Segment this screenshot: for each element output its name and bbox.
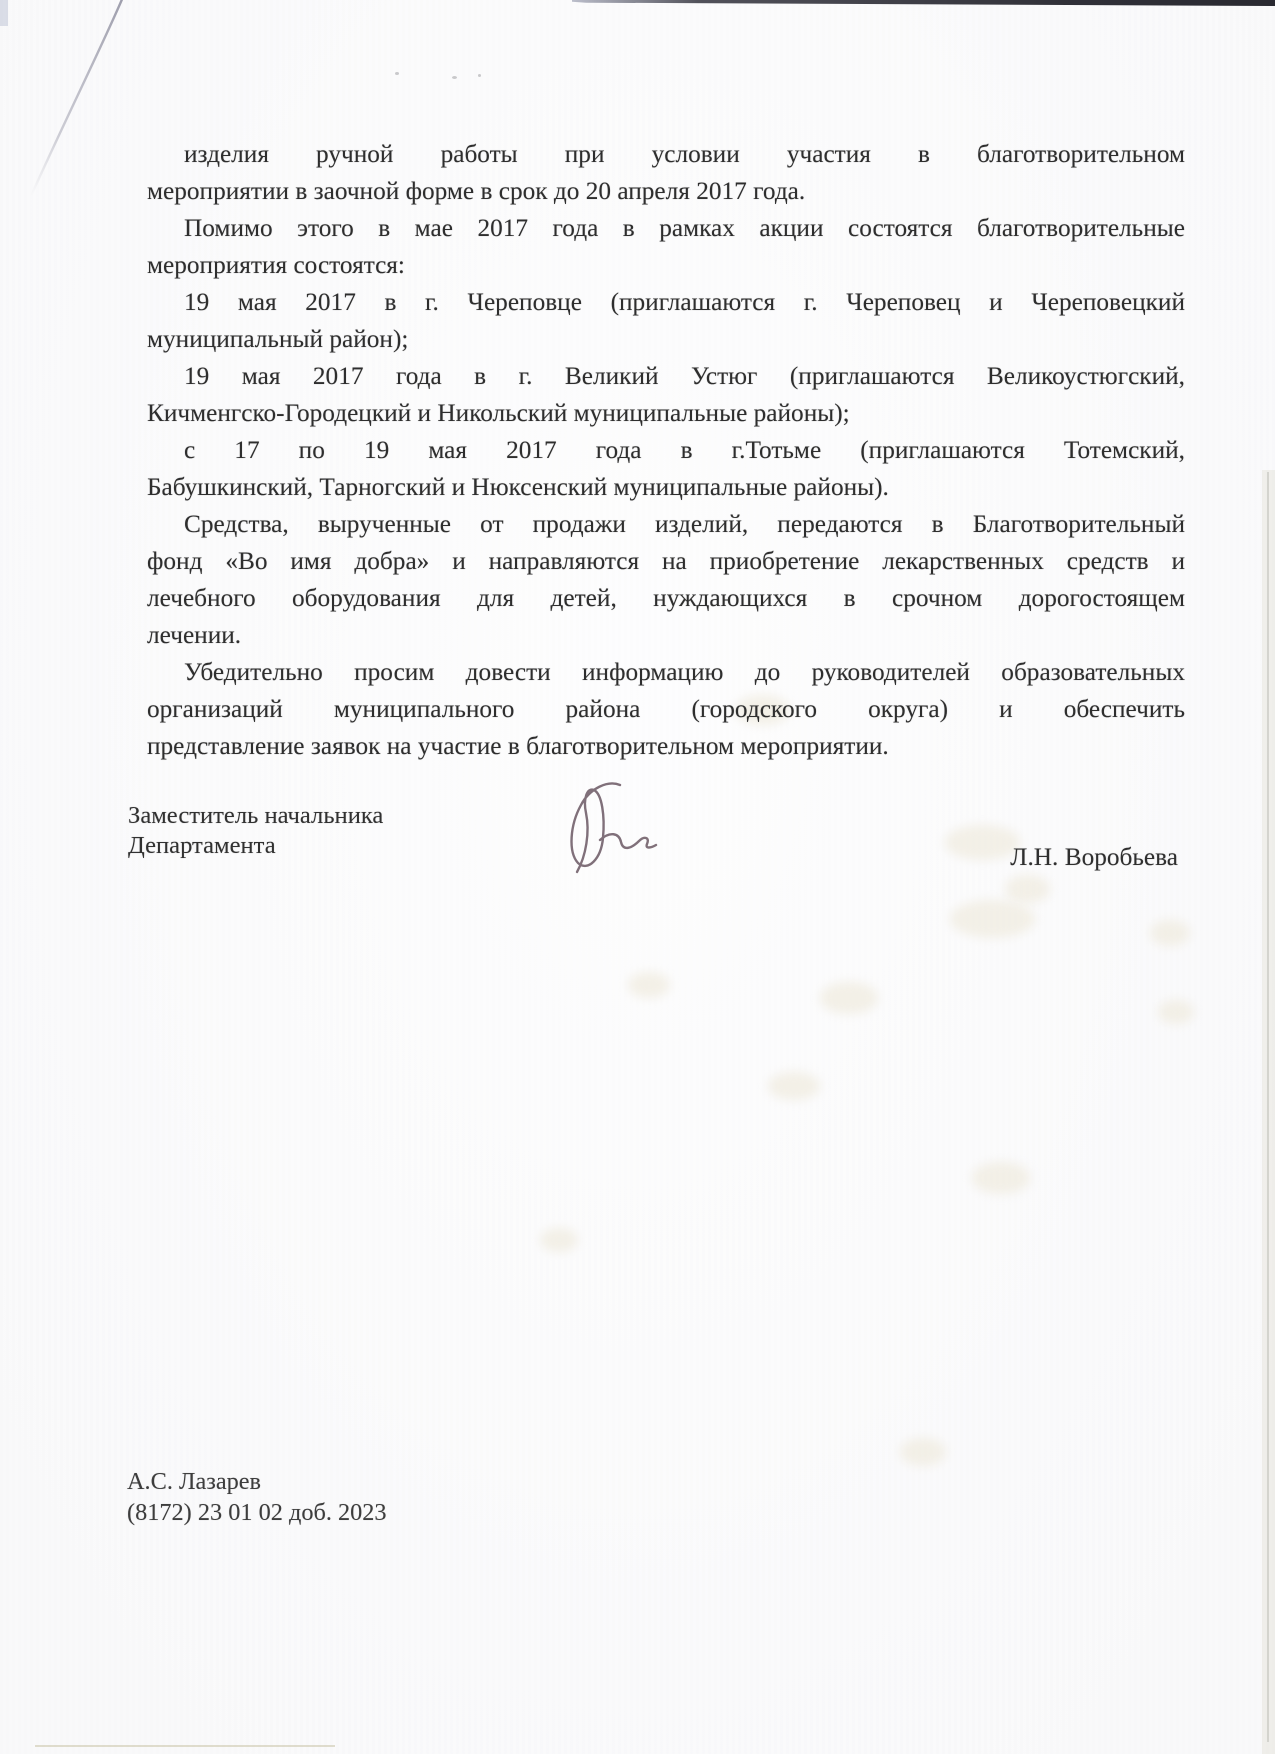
bleed-through-mark <box>540 1228 578 1252</box>
paragraph: 19 мая 2017 в г. Череповце (приглашаются… <box>147 284 1185 358</box>
text-line: организаций муниципального района (город… <box>147 691 1185 728</box>
text-line: мероприятии в заочной форме в срок до 20… <box>147 173 1185 210</box>
bleed-through-mark <box>1158 1000 1194 1024</box>
text-line: Помимо этого в мае 2017 года в рамках ак… <box>147 210 1185 247</box>
paragraph: Убедительно просим довести информацию до… <box>147 654 1185 765</box>
signer-position-line1: Заместитель начальника <box>128 801 383 831</box>
executor-block: А.С. Лазарев (8172) 23 01 02 доб. 2023 <box>127 1466 387 1528</box>
paragraph: изделия ручной работы при условии участи… <box>147 136 1185 210</box>
bleed-through-mark <box>1005 875 1050 903</box>
bleed-through-mark <box>768 1072 820 1100</box>
handwritten-signature <box>540 778 672 880</box>
text-line: лечебного оборудования для детей, нуждаю… <box>147 580 1185 617</box>
bleed-through-mark <box>900 1438 946 1466</box>
text-line: муниципальный район); <box>147 321 1185 358</box>
text-line: Кичменгско-Городецкий и Никольский муниц… <box>147 395 1185 432</box>
scanned-letter-page: { "page": { "paper_color": "#fbfbfc", "i… <box>0 0 1275 1754</box>
paragraph: Средства, вырученные от продажи изделий,… <box>147 506 1185 654</box>
text-line: лечении. <box>147 617 1185 654</box>
executor-phone: (8172) 23 01 02 доб. 2023 <box>127 1497 387 1528</box>
scan-bottom-edge-line <box>35 1745 335 1747</box>
paragraph: с 17 по 19 мая 2017 года в г.Тотьме (при… <box>147 432 1185 506</box>
signer-position-line2: Департамента <box>128 831 383 861</box>
text-line: Средства, вырученные от продажи изделий,… <box>147 506 1185 543</box>
scan-speck <box>395 72 399 75</box>
bleed-through-mark <box>972 1162 1030 1194</box>
scan-corner-mark <box>0 0 8 26</box>
text-line: 19 мая 2017 в г. Череповце (приглашаются… <box>147 284 1185 321</box>
bleed-through-mark <box>950 900 1035 938</box>
bleed-through-mark <box>628 972 670 998</box>
text-line: Бабушкинский, Тарногский и Нюксенский му… <box>147 469 1185 506</box>
text-line: изделия ручной работы при условии участи… <box>147 136 1185 173</box>
scan-right-edge-line <box>1267 472 1269 1742</box>
text-line: 19 мая 2017 года в г. Великий Устюг (при… <box>147 358 1185 395</box>
scan-speck <box>452 76 457 79</box>
text-line: фонд «Во имя добра» и направляются на пр… <box>147 543 1185 580</box>
bleed-through-mark <box>945 825 1020 860</box>
executor-name: А.С. Лазарев <box>127 1466 387 1497</box>
bleed-through-mark <box>1150 920 1190 946</box>
bleed-through-mark <box>820 982 878 1014</box>
document-body: изделия ручной работы при условии участи… <box>147 136 1185 765</box>
paragraph: 19 мая 2017 года в г. Великий Устюг (при… <box>147 358 1185 432</box>
text-line: мероприятия состоятся: <box>147 247 1185 284</box>
paragraph: Помимо этого в мае 2017 года в рамках ак… <box>147 210 1185 284</box>
text-line: Убедительно просим довести информацию до… <box>147 654 1185 691</box>
scan-speck <box>478 74 481 77</box>
signer-name: Л.Н. Воробьева <box>1010 843 1178 872</box>
signer-position: Заместитель начальника Департамента <box>128 801 383 861</box>
text-line: представление заявок на участие в благот… <box>147 728 1185 765</box>
text-line: с 17 по 19 мая 2017 года в г.Тотьме (при… <box>147 432 1185 469</box>
